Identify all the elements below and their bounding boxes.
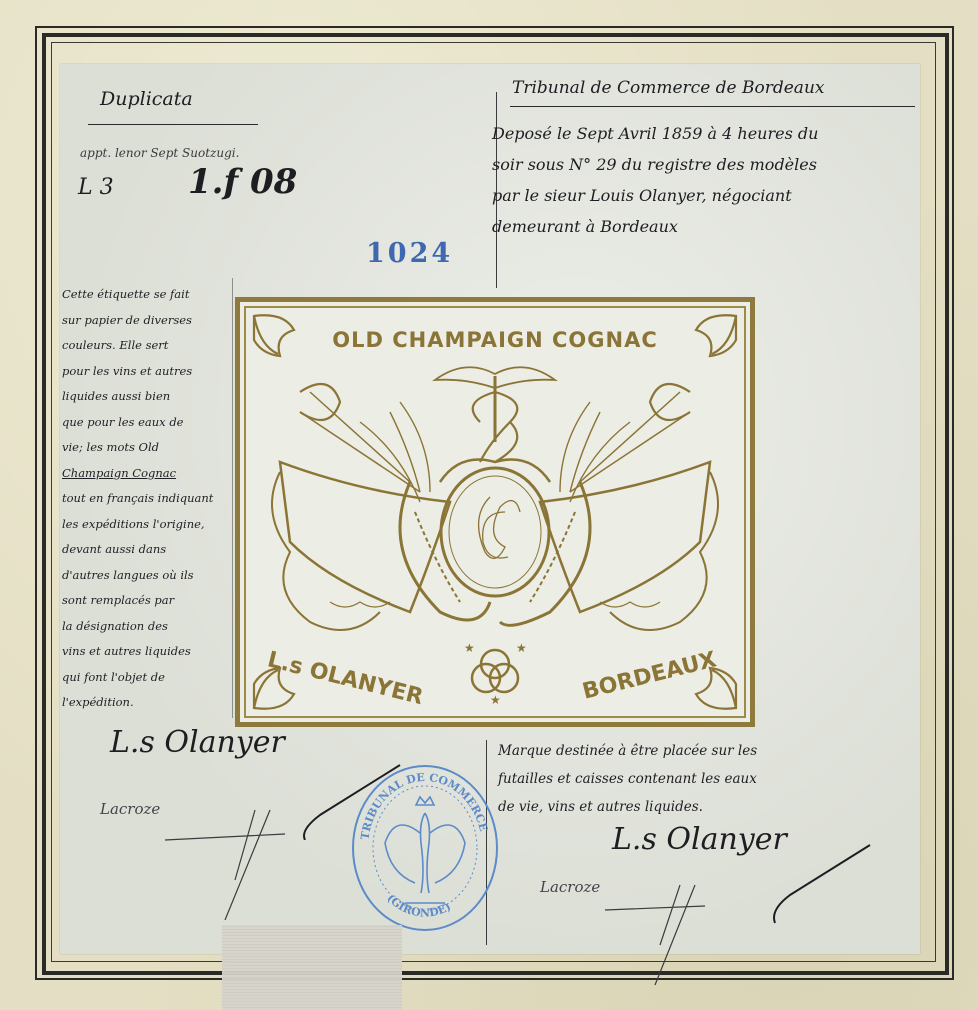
side-note-line: Champaign Cognac: [62, 461, 232, 487]
deposit-line: Deposé le Sept Avril 1859 à 4 heures du: [492, 118, 917, 149]
divider-left-column: [232, 278, 233, 718]
side-note-line: sur papier de diverses: [62, 308, 232, 334]
duplicata-underline: [88, 124, 258, 125]
side-note-line: les expéditions l'origine,: [62, 512, 232, 538]
svg-text:★: ★: [464, 641, 475, 655]
clerk-signature-right: Lacroze: [540, 878, 600, 896]
signature-flourish-icon: [760, 840, 880, 930]
side-note-line: pour les vins et autres: [62, 359, 232, 385]
adhesive-tape-strip: [222, 925, 402, 1010]
clerk-paraph-icon: [600, 880, 720, 990]
description-line: de vie, vins et autres liquides.: [498, 793, 908, 821]
merchant-signature-left: L.s Olanyer: [110, 725, 285, 760]
deposit-line: demeurant à Bordeaux: [492, 211, 917, 242]
side-note-line: liquides aussi bien: [62, 384, 232, 410]
side-note-line: Cette étiquette se fait: [62, 282, 232, 308]
deposit-line: par le sieur Louis Olanyer, négociant: [492, 180, 917, 211]
cognac-label: ★ ★ ★ OLD CHAMPAIGN COGNAC L.s OLANYER B…: [235, 297, 755, 727]
side-note-line: que pour les eaux de: [62, 410, 232, 436]
tribunal-seal-icon: TRIBUNAL DE COMMERCE (GIRONDE): [350, 763, 500, 933]
description-line: Marque destinée à être placée sur les: [498, 737, 908, 765]
side-note-line: tout en français indiquant: [62, 486, 232, 512]
svg-text:★: ★: [490, 693, 501, 707]
court-heading: Tribunal de Commerce de Bordeaux: [512, 78, 824, 98]
fee-amount: 1.f 08: [188, 162, 297, 202]
svg-text:★: ★: [516, 641, 527, 655]
duplicata-heading: Duplicata: [100, 88, 193, 110]
deposit-statement: Deposé le Sept Avril 1859 à 4 heures du …: [492, 118, 917, 242]
svg-text:(GIRONDE): (GIRONDE): [384, 892, 453, 920]
side-note: Cette étiquette se fait sur papier de di…: [62, 282, 232, 716]
initials-mark: L 3: [78, 175, 114, 200]
side-note-line: l'expédition.: [62, 690, 232, 716]
side-note-line: devant aussi dans: [62, 537, 232, 563]
clerk-signature-left: Lacroze: [100, 800, 160, 818]
clerk-paraph-icon: [160, 800, 300, 920]
side-note-line: d'autres langues où ils: [62, 563, 232, 589]
side-note-line: vins et autres liquides: [62, 639, 232, 665]
side-note-line: vie; les mots Old: [62, 435, 232, 461]
label-title: OLD CHAMPAIGN COGNAC: [240, 328, 750, 352]
court-underline: [510, 106, 915, 107]
side-note-line: sont remplacés par: [62, 588, 232, 614]
side-note-line: couleurs. Elle sert: [62, 333, 232, 359]
registration-number-stamp: 1024: [366, 238, 453, 269]
side-note-line: qui font l'objet de: [62, 665, 232, 691]
deposit-line: soir sous N° 29 du registre des modèles: [492, 149, 917, 180]
appointment-note: appt. lenor Sept Suotzugi.: [80, 146, 239, 160]
side-note-line: la désignation des: [62, 614, 232, 640]
trademark-description: Marque destinée à être placée sur les fu…: [498, 737, 908, 821]
description-line: futailles et caisses contenant les eaux: [498, 765, 908, 793]
